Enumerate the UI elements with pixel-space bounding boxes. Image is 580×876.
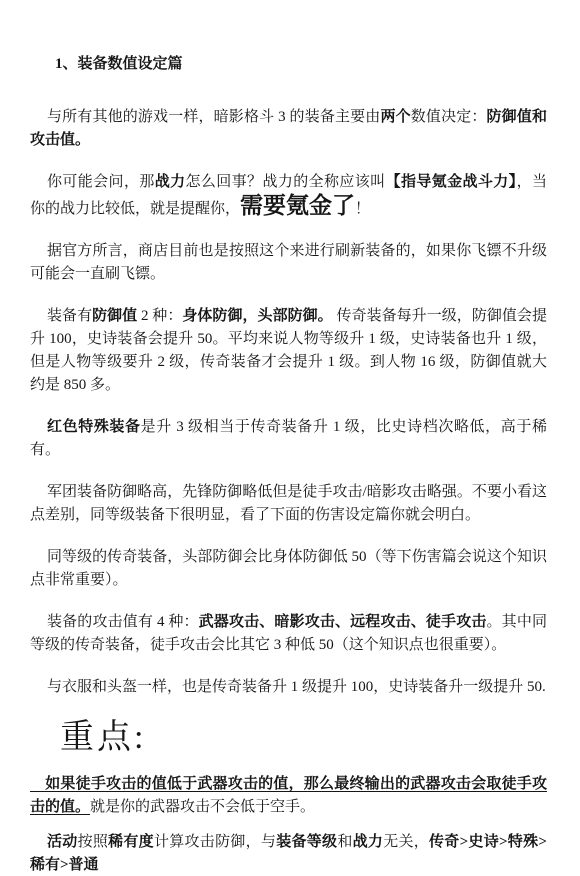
text-run: 计算攻击防御，与 <box>154 834 276 850</box>
section-title: 1、装备数值设定篇 <box>55 54 547 74</box>
paragraph: 与所有其他的游戏一样，暗影格斗 3 的装备主要由两个数值决定：防御值和攻击值。 <box>30 106 547 152</box>
text-run: 活动 <box>47 834 78 850</box>
text-run: 数值决定： <box>411 109 487 125</box>
key-point-paragraphs: 如果徒手攻击的值低于武器攻击的值，那么最终输出的武器攻击会取徒手攻击的值。就是你… <box>30 773 547 876</box>
text-run: 与所有其他的游戏一样，暗影格斗 3 的装备主要由 <box>47 109 380 125</box>
text-run: 与衣服和头盔一样，也是传奇装备升 1 级提升 100，史诗装备升一级提升 50. <box>47 679 546 695</box>
text-run: 据官方所言，商店目前也是按照这个来进行刷新装备的，如果你飞镖不升级可能会一直刷飞… <box>30 243 547 282</box>
text-run: 红色特殊装备 <box>47 419 141 435</box>
text-run: 和 <box>337 834 352 850</box>
text-run: 战力 <box>353 834 384 850</box>
text-run: 装备等级 <box>276 834 337 850</box>
text-run: 两个 <box>380 109 410 125</box>
text-run: 稀有度 <box>108 834 154 850</box>
paragraph: 同等级的传奇装备，头部防御会比身体防御低 50（等下伤害篇会说这个知识点非常重要… <box>30 546 547 592</box>
text-run: 就是你的武器攻击不会低于空手。 <box>90 799 315 815</box>
text-run: 装备有 <box>47 308 92 324</box>
text-run: ！ <box>355 201 370 217</box>
paragraph: 与衣服和头盔一样，也是传奇装备升 1 级提升 100，史诗装备升一级提升 50. <box>30 676 547 699</box>
text-run: 无关， <box>383 834 429 850</box>
paragraph: 装备有防御值 2 种：身体防御，头部防御。 传奇装备每升一级，防御值会提升 10… <box>30 305 547 397</box>
text-run: 2 种： <box>137 308 182 324</box>
text-run: 装备的攻击值有 4 种： <box>47 614 199 630</box>
text-run: 同等级的传奇装备，头部防御会比身体防御低 50（等下伤害篇会说这个知识点非常重要… <box>30 549 547 588</box>
paragraph: 据官方所言，商店目前也是按照这个来进行刷新装备的，如果你飞镖不升级可能会一直刷飞… <box>30 240 547 286</box>
text-run: 【指导氪金战斗力】 <box>386 174 517 190</box>
text-run: 战力 <box>155 174 186 190</box>
text-run: 身体防御，头部防御。 <box>182 308 332 324</box>
paragraph: 你可能会问，那战力怎么回事？战力的全称应该叫【指导氪金战斗力】，当你的战力比较低… <box>30 171 547 221</box>
text-run: 防御值 <box>92 308 137 324</box>
paragraph: 红色特殊装备是升 3 级相当于传奇装备升 1 级，比史诗档次略低，高于稀有。 <box>30 416 547 462</box>
document-page: 1、装备数值设定篇 与所有其他的游戏一样，暗影格斗 3 的装备主要由两个数值决定… <box>0 0 580 876</box>
body-paragraphs: 与所有其他的游戏一样，暗影格斗 3 的装备主要由两个数值决定：防御值和攻击值。你… <box>30 106 547 699</box>
text-run: 武器攻击、暗影攻击、远程攻击、徒手攻击 <box>199 614 487 630</box>
paragraph: 如果徒手攻击的值低于武器攻击的值，那么最终输出的武器攻击会取徒手攻击的值。就是你… <box>30 773 547 819</box>
text-run: 军团装备防御略高，先锋防御略低但是徒手攻击/暗影攻击略强。不要小看这点差别，同等… <box>30 484 547 523</box>
text-run: 按照 <box>78 834 109 850</box>
paragraph: 活动按照稀有度计算攻击防御，与装备等级和战力无关，传奇>史诗>特殊>稀有>普通 <box>30 831 547 876</box>
paragraph: 军团装备防御略高，先锋防御略低但是徒手攻击/暗影攻击略强。不要小看这点差别，同等… <box>30 481 547 527</box>
text-run: 怎么回事？战力的全称应该叫 <box>186 174 386 190</box>
text-run: 需要氪金了 <box>240 193 355 218</box>
key-point-heading: 重点: <box>60 718 547 758</box>
paragraph: 装备的攻击值有 4 种：武器攻击、暗影攻击、远程攻击、徒手攻击。其中同等级的传奇… <box>30 611 547 657</box>
text-run: 你可能会问，那 <box>47 174 155 190</box>
